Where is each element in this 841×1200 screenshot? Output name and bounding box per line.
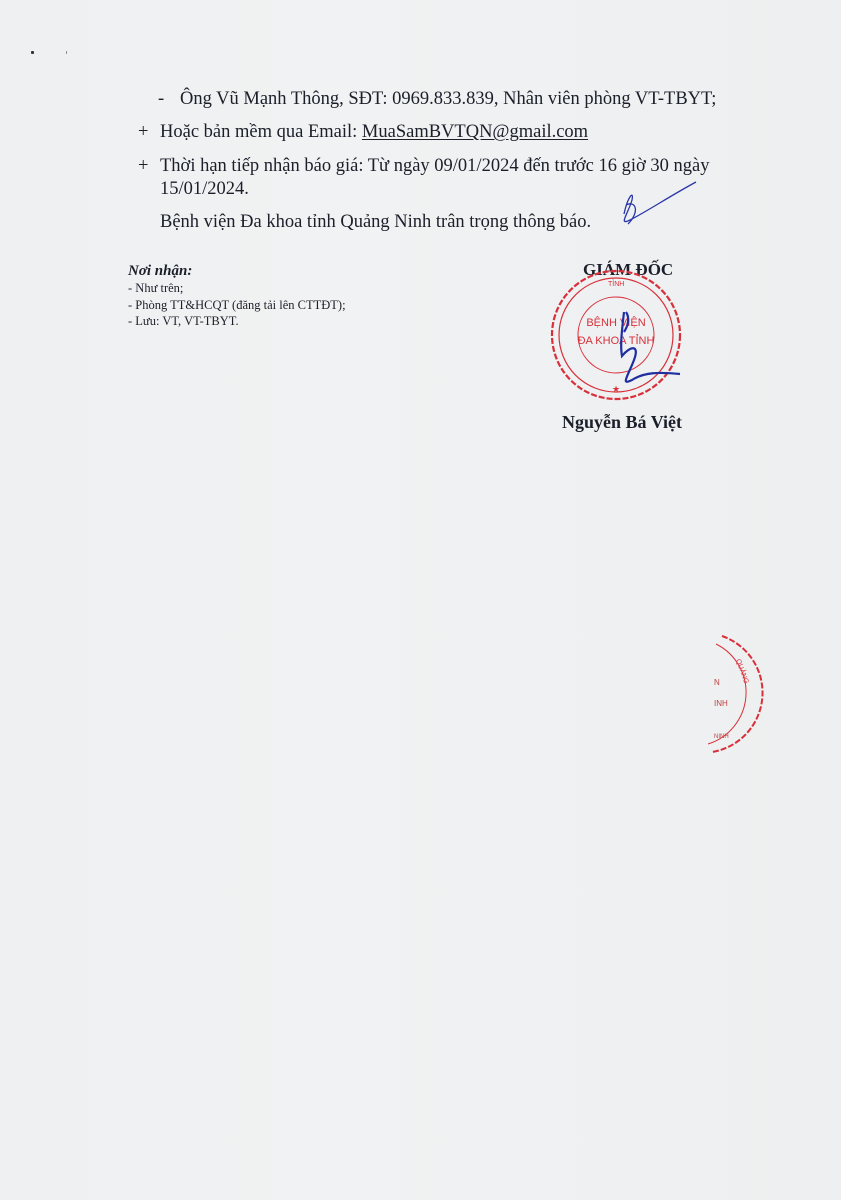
svg-text:NINH: NINH bbox=[714, 734, 729, 740]
document-page: -Ông Vũ Mạnh Thông, SĐT: 0969.833.839, N… bbox=[0, 0, 841, 1200]
official-stamp-icon: BỆNH VIỆN ĐA KHOA TỈNH TỈNH ★ bbox=[552, 271, 680, 399]
stamp-text-line1: BỆNH VIỆN bbox=[586, 316, 645, 329]
svg-text:N: N bbox=[714, 678, 720, 687]
svg-text:QUẢNG: QUẢNG bbox=[734, 658, 751, 685]
stamp-star: ★ bbox=[612, 384, 620, 394]
initials-signature-icon bbox=[624, 182, 696, 224]
stamp-ring-text: TỈNH bbox=[608, 279, 624, 288]
stamps-and-signatures: BỆNH VIỆN ĐA KHOA TỈNH TỈNH ★ QUẢNG N IN… bbox=[0, 0, 841, 1200]
edge-stamp-icon: QUẢNG N INH NINH bbox=[708, 636, 763, 752]
stamp-text-line2: ĐA KHOA TỈNH bbox=[578, 334, 655, 347]
svg-text:INH: INH bbox=[714, 699, 728, 708]
